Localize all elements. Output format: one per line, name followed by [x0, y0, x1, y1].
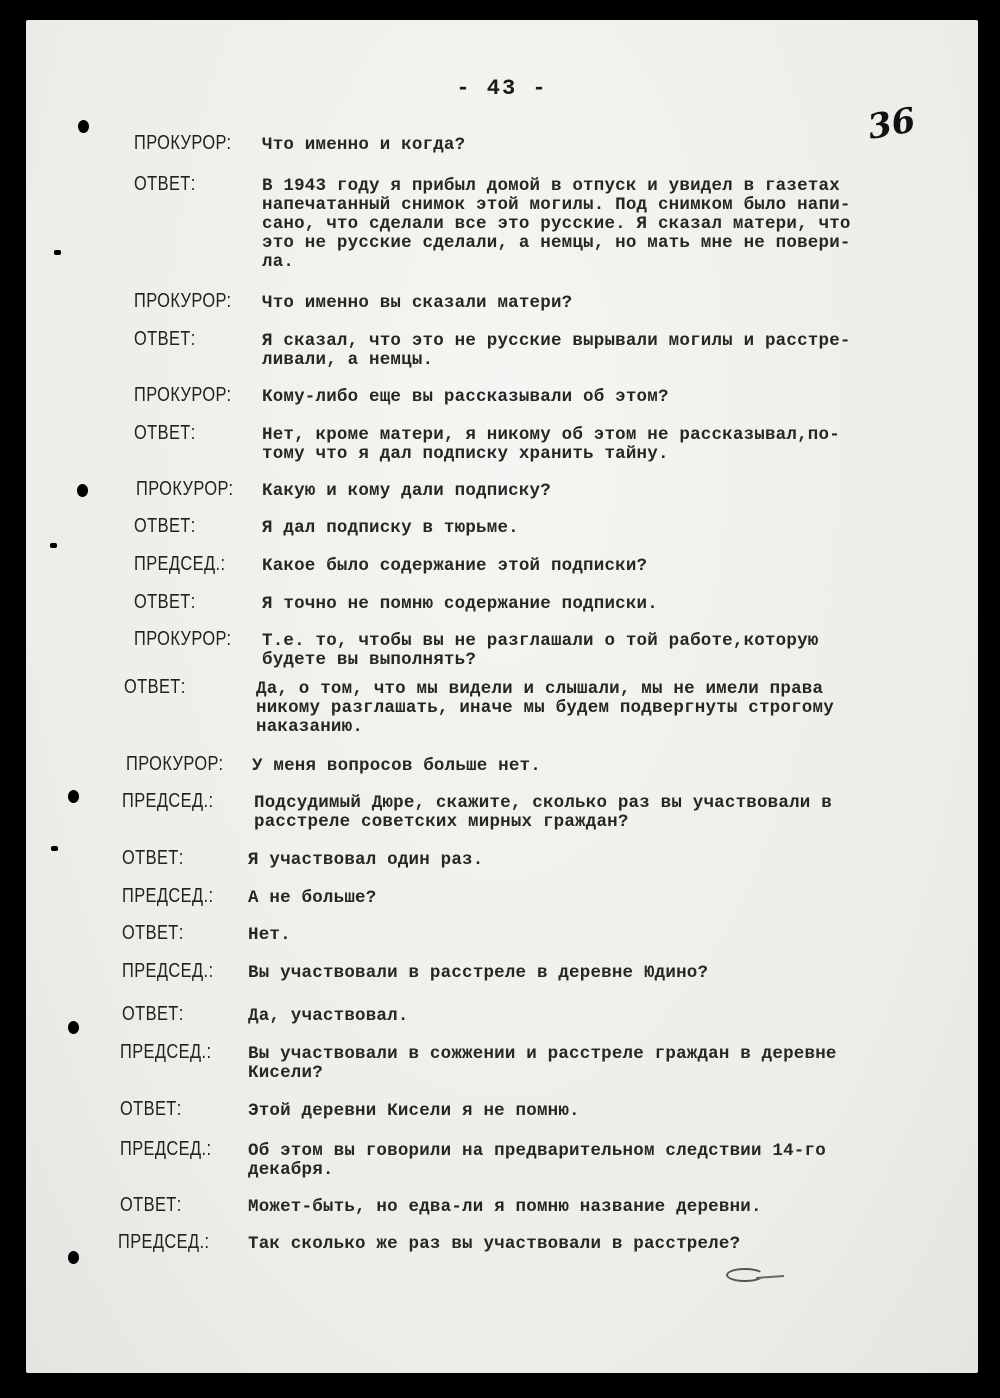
- speaker-label: ПРЕДСЕД.:: [122, 962, 213, 981]
- transcript: ПРОКУРОР:Что именно и когда?ОТВЕТ:В 1943…: [26, 20, 978, 1373]
- utterance-text: Что именно вы сказали матери?: [262, 294, 572, 313]
- speaker-label: ПРОКУРОР:: [134, 292, 231, 311]
- utterance-text: Подсудимый Дюре, скажите, сколько раз вы…: [254, 794, 832, 832]
- speaker-label: ОТВЕТ:: [134, 517, 196, 536]
- document-page: - 43 - 36 ПРОКУРОР:Что именно и когда?ОТ…: [26, 20, 978, 1373]
- speaker-label: ОТВЕТ:: [120, 1196, 182, 1215]
- speaker-label: ПРЕДСЕД.:: [122, 792, 213, 811]
- utterance-text: А не больше?: [248, 889, 376, 908]
- speaker-label: ПРЕДСЕД.:: [120, 1140, 211, 1159]
- speaker-label: ОТВЕТ:: [124, 678, 186, 697]
- utterance-text: Я сказал, что это не русские вырывали мо…: [262, 332, 851, 370]
- utterance-text: В 1943 году я прибыл домой в отпуск и ув…: [262, 177, 851, 272]
- speaker-label: ОТВЕТ:: [134, 424, 196, 443]
- utterance-text: Так сколько же раз вы участвовали в расс…: [248, 1235, 740, 1254]
- speaker-label: ОТВЕТ:: [120, 1100, 182, 1119]
- speaker-label: ПРОКУРОР:: [134, 386, 231, 405]
- speaker-label: ПРЕДСЕД.:: [134, 555, 225, 574]
- speaker-label: ПРОКУРОР:: [136, 480, 233, 499]
- speaker-label: ОТВЕТ:: [134, 593, 196, 612]
- utterance-text: Нет.: [248, 926, 291, 945]
- utterance-text: Кому-либо еще вы рассказывали об этом?: [262, 388, 669, 407]
- utterance-text: Я дал подписку в тюрьме.: [262, 519, 519, 538]
- utterance-text: Вы участвовали в расстреле в деревне Юди…: [248, 964, 708, 983]
- speaker-label: ОТВЕТ:: [122, 924, 184, 943]
- speaker-label: ОТВЕТ:: [134, 330, 196, 349]
- utterance-text: Этой деревни Кисели я не помню.: [248, 1102, 580, 1121]
- speaker-label: ПРЕДСЕД.:: [118, 1233, 209, 1252]
- utterance-text: Какое было содержание этой подписки?: [262, 557, 647, 576]
- utterance-text: Да, о том, что мы видели и слышали, мы н…: [256, 680, 834, 737]
- utterance-text: Вы участвовали в сожжении и расстреле гр…: [248, 1045, 837, 1083]
- utterance-text: Да, участвовал.: [248, 1007, 409, 1026]
- utterance-text: Какую и кому дали подписку?: [262, 482, 551, 501]
- speaker-label: ПРОКУРОР:: [134, 134, 231, 153]
- utterance-text: Об этом вы говорили на предварительном с…: [248, 1142, 826, 1180]
- utterance-text: Может-быть, но едва-ли я помню название …: [248, 1198, 762, 1217]
- utterance-text: Что именно и когда?: [262, 136, 465, 155]
- speaker-label: ПРОКУРОР:: [134, 630, 231, 649]
- speaker-label: ПРЕДСЕД.:: [122, 887, 213, 906]
- speaker-label: ОТВЕТ:: [122, 1005, 184, 1024]
- utterance-text: Нет, кроме матери, я никому об этом не р…: [262, 426, 840, 464]
- utterance-text: У меня вопросов больше нет.: [252, 757, 541, 776]
- utterance-text: Я участвовал один раз.: [248, 851, 483, 870]
- utterance-text: Т.е. то, чтобы вы не разглашали о той ра…: [262, 632, 819, 670]
- handwritten-mark: [726, 1268, 764, 1282]
- utterance-text: Я точно не помню содержание подписки.: [262, 595, 658, 614]
- speaker-label: ОТВЕТ:: [122, 849, 184, 868]
- speaker-label: ПРЕДСЕД.:: [120, 1043, 211, 1062]
- speaker-label: ОТВЕТ:: [134, 175, 196, 194]
- speaker-label: ПРОКУРОР:: [126, 755, 223, 774]
